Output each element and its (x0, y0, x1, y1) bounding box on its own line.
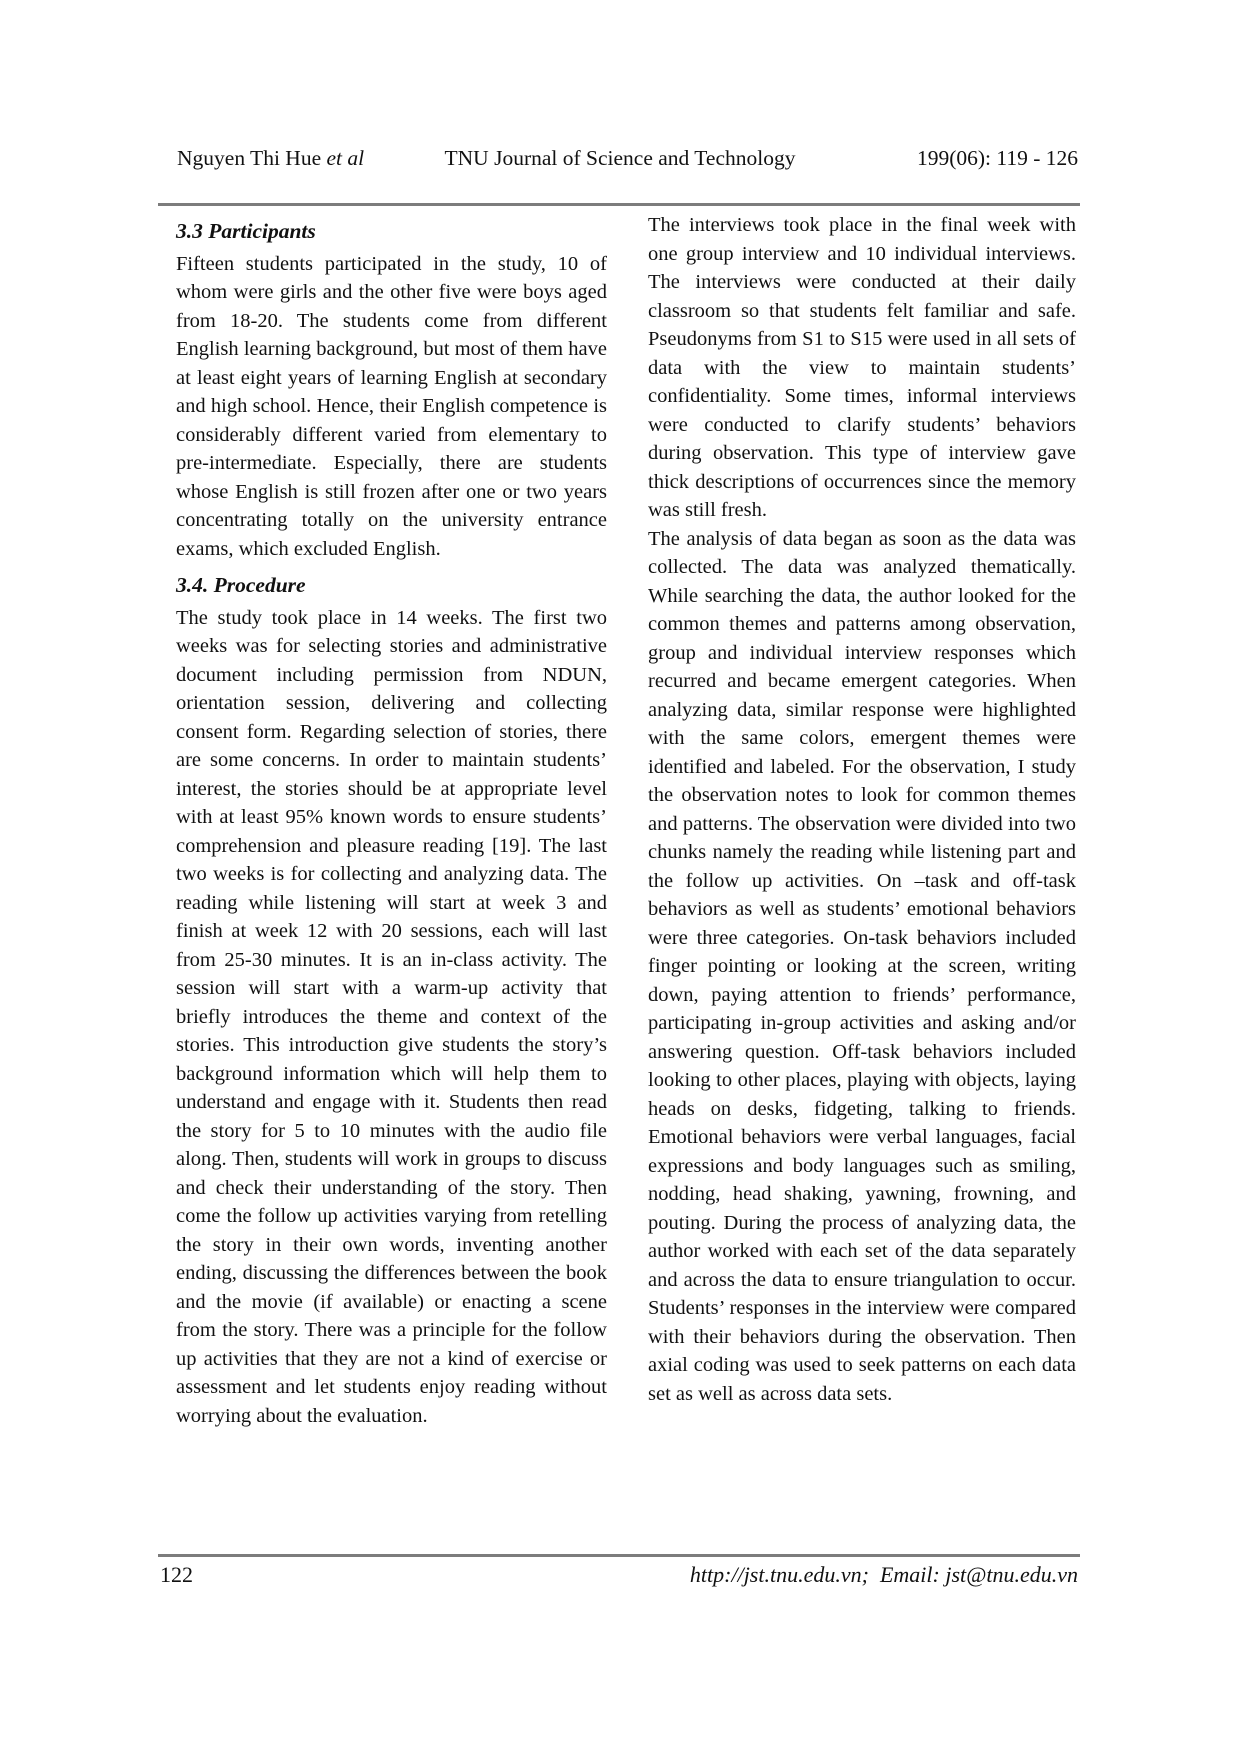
paragraph-analysis: The analysis of data began as soon as th… (648, 525, 1076, 1409)
section-heading-procedure: 3.4. Procedure (176, 571, 607, 600)
footer-contact: http://jst.tnu.edu.vn; Email: jst@tnu.ed… (690, 1562, 1078, 1588)
page-number: 122 (160, 1562, 193, 1588)
document-page: Nguyen Thi Hue et al TNU Journal of Scie… (0, 0, 1240, 1754)
page-footer: 122 http://jst.tnu.edu.vn; Email: jst@tn… (158, 1562, 1080, 1596)
issue-info: 199(06): 119 - 126 (917, 146, 1078, 171)
left-column: 3.3 Participants Fifteen students partic… (176, 211, 607, 1430)
page-header: Nguyen Thi Hue et al TNU Journal of Scie… (0, 146, 1240, 176)
section-heading-participants: 3.3 Participants (176, 217, 607, 246)
page-body: 3.3 Participants Fifteen students partic… (176, 211, 1076, 1430)
paragraph-procedure: The study took place in 14 weeks. The fi… (176, 604, 607, 1431)
paragraph-participants: Fifteen students participated in the stu… (176, 250, 607, 564)
paragraph-interviews: The interviews took place in the final w… (648, 211, 1076, 525)
right-column: The interviews took place in the final w… (648, 211, 1076, 1430)
header-divider (158, 203, 1080, 206)
footer-divider (158, 1554, 1080, 1557)
